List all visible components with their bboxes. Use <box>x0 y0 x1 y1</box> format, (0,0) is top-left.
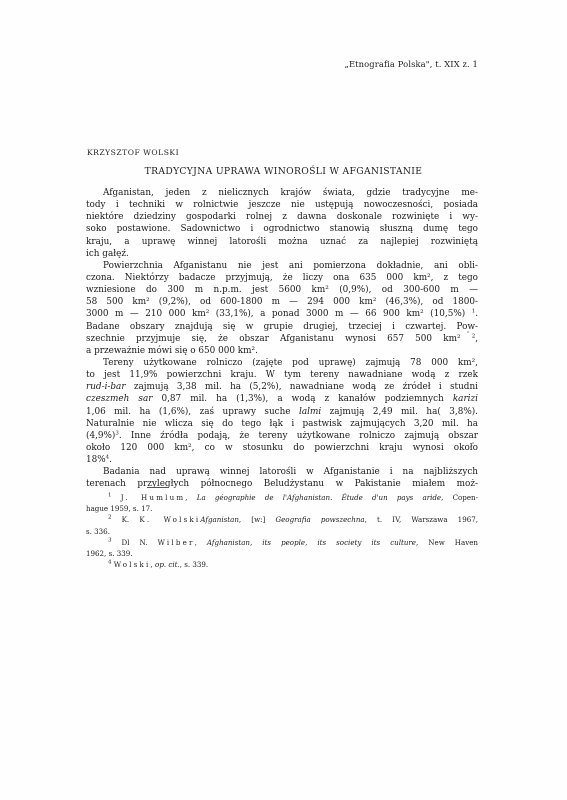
body-line: szechnie przyjmuje się, że obszar Afgani… <box>86 333 478 345</box>
footnote-author: Wolski <box>114 560 151 569</box>
body-line: 18%4. <box>86 454 478 466</box>
footnote-4: 4 Wolski, op. cit., s. 339. <box>86 559 478 570</box>
body-line: niektóre dziedziny gospodarki rolnej z d… <box>86 211 478 223</box>
body-line-text: zajmują 2,49 mil. ha( 3,8%). <box>321 407 478 417</box>
body-line-text: 0,87 mil. ha (1,3%), a wodą z kanałów po… <box>152 394 452 404</box>
body-line: 3000 m — 210 000 km² (33,1%), a ponad 30… <box>86 308 478 320</box>
footnote-1-cont: hague 1959, s. 17. <box>86 503 478 514</box>
scan-speck <box>467 331 469 333</box>
body-line-text: szechnie przyjmuje się, że obszar Afgani… <box>86 334 461 344</box>
body-line: a przeważnie mówi się o 650 000 km². <box>86 345 478 357</box>
body-line-text: 18% <box>86 455 106 465</box>
footnote-author: K. Wolski <box>139 515 200 524</box>
footnote-ref: 1 <box>472 309 476 315</box>
italic-term: czeszmeh sar <box>86 394 152 404</box>
body-line: Afganistan, jeden z nielicznych krajów ś… <box>86 187 478 199</box>
body-line: Tereny użytkowane rolniczo (zajęte pod u… <box>86 357 478 369</box>
document-page: „Etnografia Polska", t. XIX z. 1 KRZYSZT… <box>0 0 567 800</box>
body-line-text: 1,06 mil. ha (1,6%), zaś uprawy suche <box>86 407 299 417</box>
body-line: czona. Niektórzy badacze przyjmują, że l… <box>86 272 478 284</box>
body-line-text: . Inne źródła podają, że tereny użytkowa… <box>119 431 478 441</box>
footnote-title: Afghanistan, its people, its society its… <box>207 538 416 547</box>
body-line-text: około 120 000 km², co w stosunku do powi… <box>86 443 478 453</box>
body-line: soko postawione. Sadownictwo i ogrodnict… <box>86 223 478 235</box>
body-line: około 120 000 km², co w stosunku do powi… <box>86 442 478 454</box>
italic-term: karizi <box>453 394 478 404</box>
body-line: (4,9%)3. Inne źródła podają, że tereny u… <box>86 430 478 442</box>
footnote-title: La géographie de l'Afghanistan. Étude d'… <box>197 493 441 502</box>
footnote-prefix: Dl N. <box>122 538 158 547</box>
article-title: TRADYCYJNA UPRAWA WINOROŚLI W AFGANISTAN… <box>0 166 567 177</box>
body-line: Badania nad uprawą winnej latorośli w Af… <box>86 466 478 478</box>
footnotes: 1 J. Humlum, La géographie de l'Afghanis… <box>86 492 478 570</box>
footnote-text: , [w:] <box>239 515 276 524</box>
body-line: 58 500 km² (9,2%), od 600-1800 m — 294 0… <box>86 296 478 308</box>
footnote-1: 1 J. Humlum, La géographie de l'Afghanis… <box>86 492 478 503</box>
body-line-text: zajmują 3,38 mil. ha (5,2%), nawadniane … <box>126 382 478 392</box>
footnote-number: 3 <box>108 537 112 543</box>
body-line: Badane obszary znajdują się w grupie dru… <box>86 321 478 333</box>
footnote-author: J. Humlum <box>121 493 186 502</box>
footnote-number: 1 <box>108 493 112 499</box>
footnote-ref: 2 <box>472 333 476 339</box>
body-line-text: Naturalnie nie wlicza się do tego łąk i … <box>86 419 478 429</box>
footnote-text: , t. IV, Warszawa 1967, <box>365 515 478 524</box>
footnote-3-cont: 1962, s. 339. <box>86 548 478 559</box>
footnote-author: Wilber <box>158 538 195 547</box>
footnote-3: 3 Dl N. Wilber, Afghanistan, its people,… <box>86 537 478 548</box>
body-line: 1,06 mil. ha (1,6%), zaś uprawy suche la… <box>86 406 478 418</box>
running-head: „Etnografia Polska", t. XIX z. 1 <box>345 59 478 69</box>
body-line: terenach przyległych północnego Beludżys… <box>86 478 478 490</box>
footnote-text: , New Haven <box>416 538 478 547</box>
footnote-title: op. cit. <box>155 560 180 569</box>
body-line: Powierzchnia Afganistanu nie jest ani po… <box>86 260 478 272</box>
body-line: kraju, a uprawę winnej latorośli można u… <box>86 236 478 248</box>
body-line: czeszmeh sar 0,87 mil. ha (1,3%), a wodą… <box>86 393 478 405</box>
body-line-text: 3000 m — 210 000 km² (33,1%), a ponad 30… <box>86 309 465 319</box>
scan-speck <box>472 442 474 444</box>
body-line: wzniesione do 300 m n.p.m. jest 5600 km²… <box>86 284 478 296</box>
author-name: KRZYSZTOF WOLSKI <box>87 148 179 157</box>
body-line-text: . <box>109 455 112 465</box>
footnote-2: 2 K. K. WolskiAfganistan, [w:] Geografia… <box>86 514 478 525</box>
footnote-number: 4 <box>108 560 112 566</box>
footnote-title: Afganistan <box>200 515 239 524</box>
article-body: Afganistan, jeden z nielicznych krajów ś… <box>86 187 478 491</box>
italic-term: lalmi <box>299 407 321 417</box>
body-line: to jest 11,9% powierzchni kraju. W tym t… <box>86 369 478 381</box>
body-line-text: (4,9%) <box>86 431 115 441</box>
body-line: ich gałęź. <box>86 248 478 260</box>
body-line: Naturalnie nie wlicza się do tego łąk i … <box>86 418 478 430</box>
body-line: tody i techniki w rolnictwie jeszcze nie… <box>86 199 478 211</box>
body-line-text: to jest 11,9% powierzchni kraju. W tym t… <box>86 370 478 380</box>
footnote-2-cont: s. 336. <box>86 526 478 537</box>
body-line-text: Tereny użytkowane rolniczo (zajęte pod u… <box>103 358 478 368</box>
footnote-title: Geografia powszechna <box>275 515 364 524</box>
italic-term: rud-i-bar <box>86 382 126 392</box>
body-line: rud-i-bar zajmują 3,38 mil. ha (5,2%), n… <box>86 381 478 393</box>
footnote-text: , s. 339. <box>180 560 208 569</box>
footnote-number: 2 <box>108 515 112 521</box>
footnote-text: , Copen- <box>441 493 478 502</box>
footnote-separator <box>147 487 169 488</box>
